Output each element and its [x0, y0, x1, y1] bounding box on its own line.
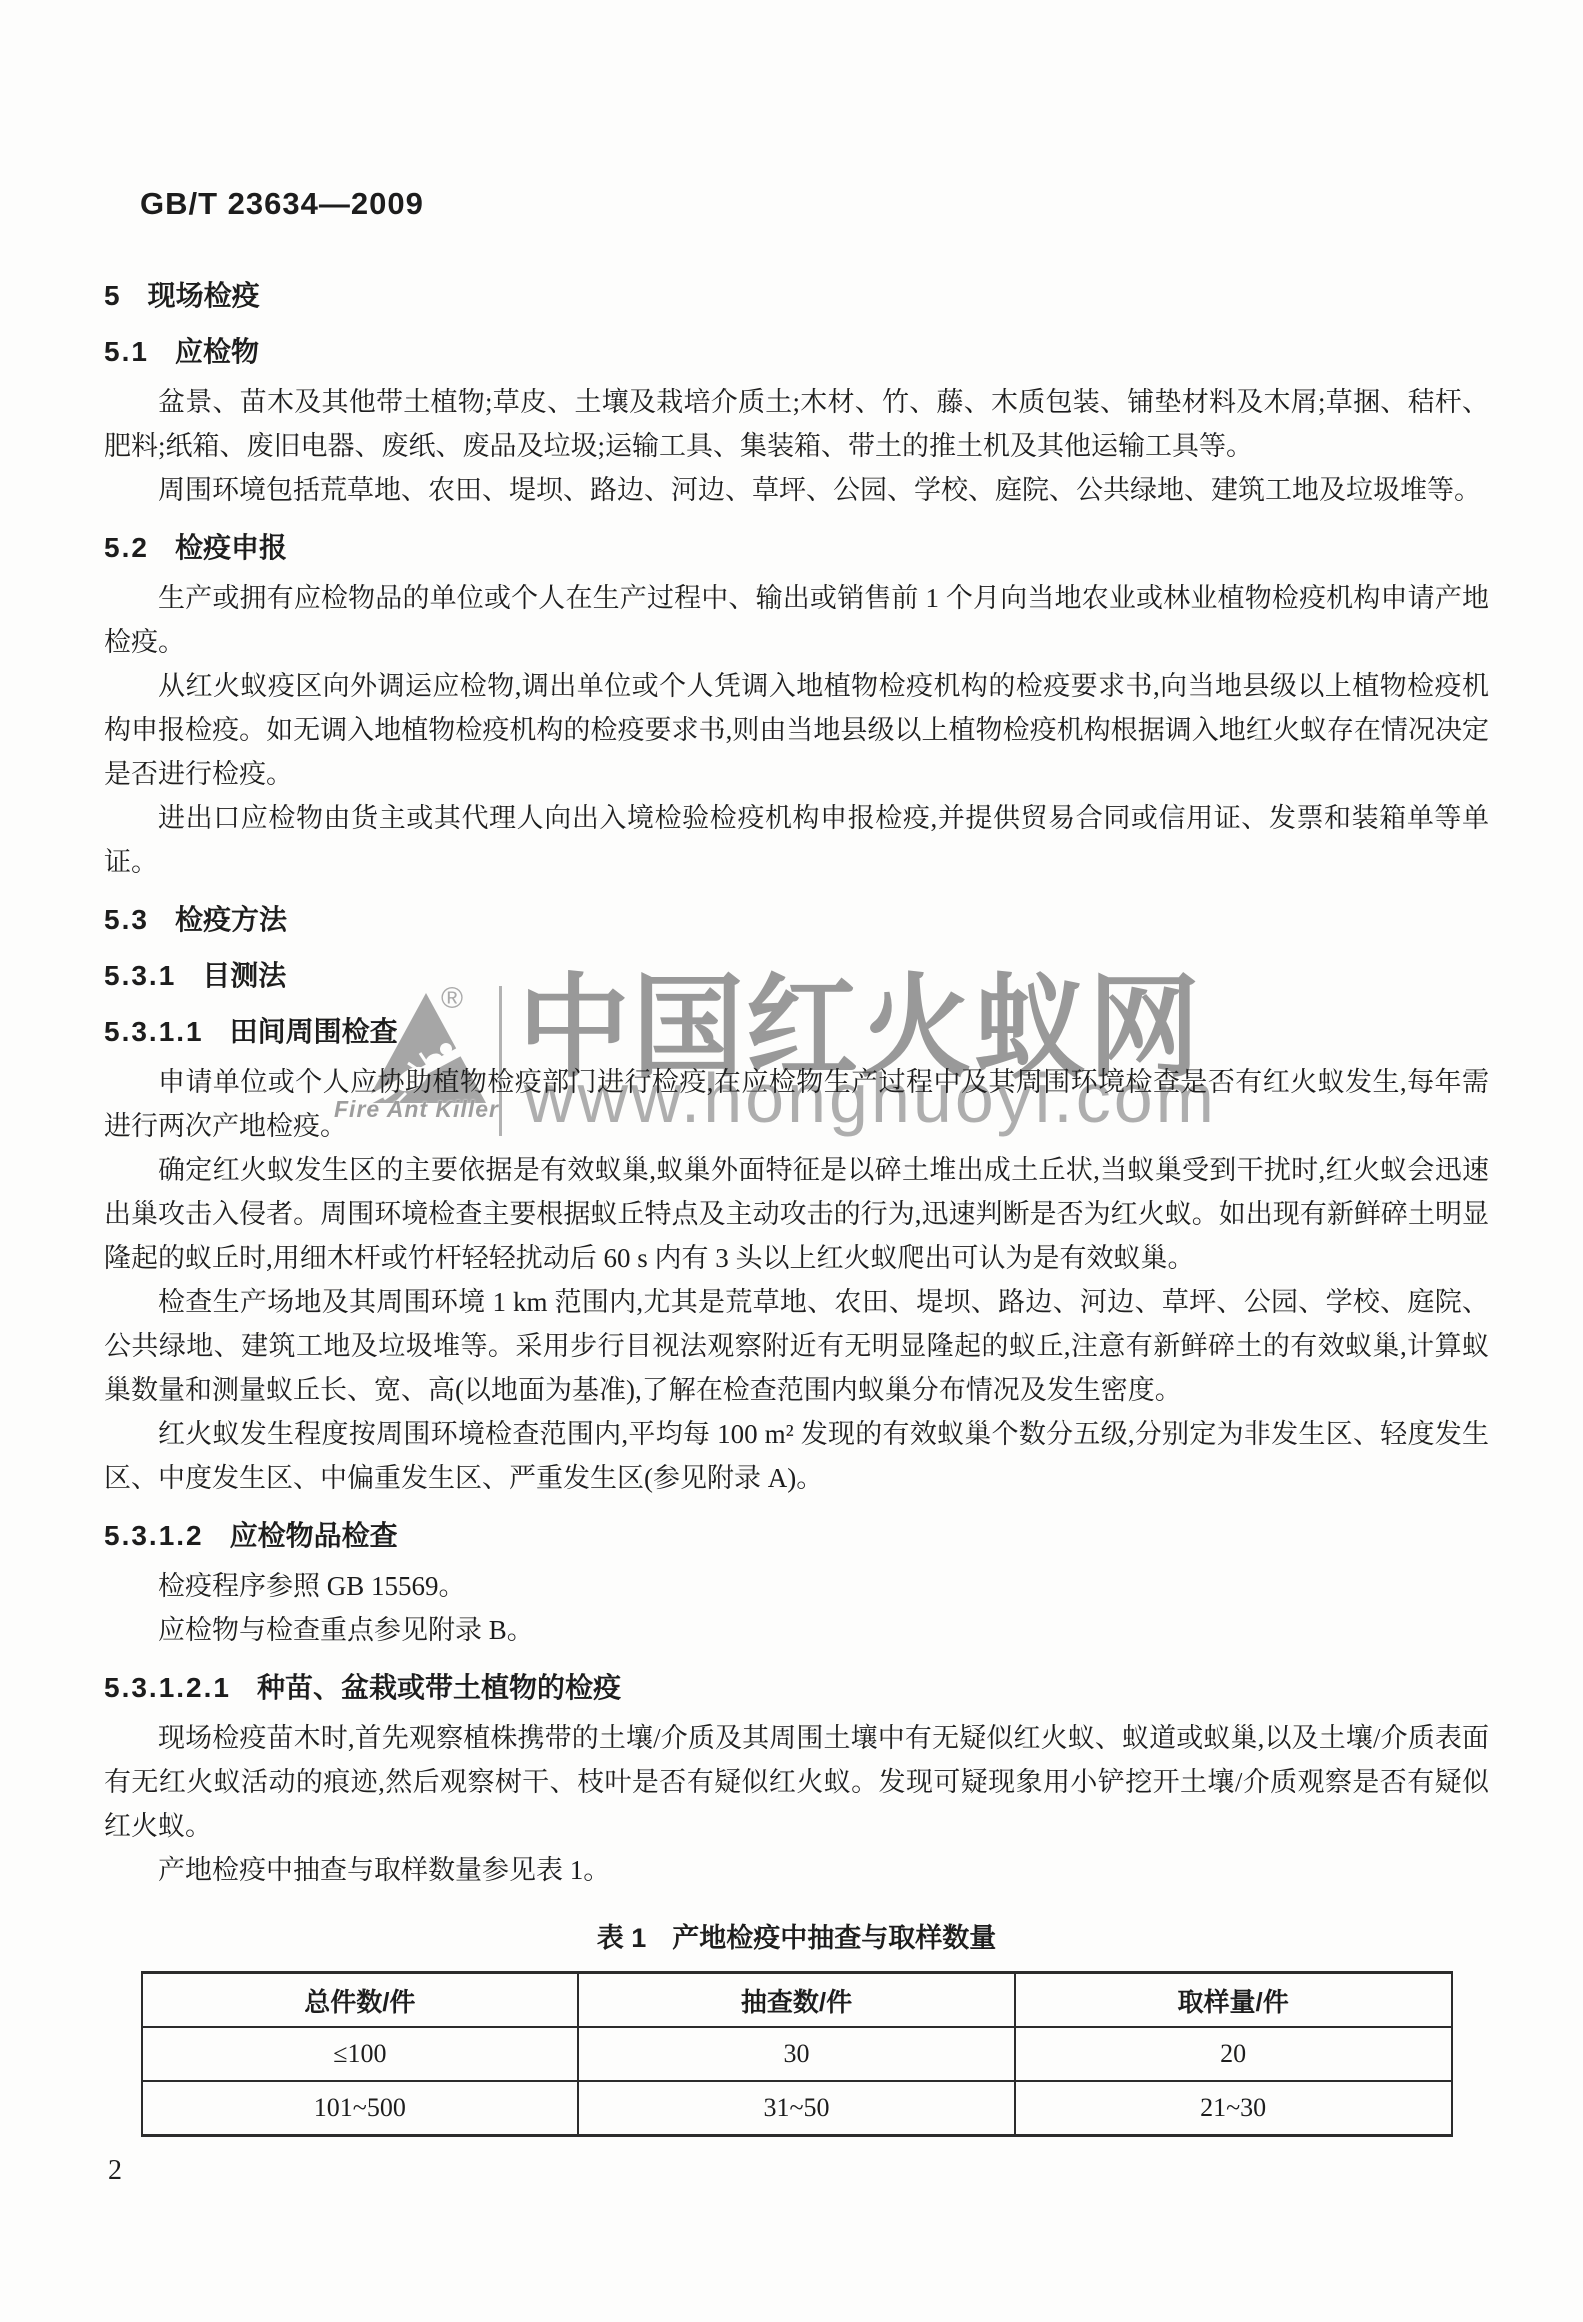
section-number: 5: [104, 280, 122, 311]
section-heading-5-1: 5.1应检物: [104, 332, 1489, 372]
paragraph-declaration-import-export: 进出口应检物由货主或其代理人向出入境检验检疫机构申报检疫,并提供贸易合同或信用证…: [104, 796, 1489, 884]
document-page: ® Fire Ant Killer 中国红火蚁网 www.honghuoyi.c…: [0, 0, 1583, 2322]
section-title: 现场检疫: [148, 280, 260, 311]
section-title: 田间周围检查: [230, 1016, 398, 1047]
table-cell: 20: [1015, 2027, 1452, 2081]
paragraph-inspection-items: 盆景、苗木及其他带土植物;草皮、土壤及栽培介质土;木材、竹、藤、木质包装、铺垫材…: [104, 380, 1489, 468]
paragraph-surrounding-environment: 周围环境包括荒草地、农田、堤坝、路边、河边、草坪、公园、学校、庭院、公共绿地、建…: [104, 468, 1489, 512]
section-number: 5.3.1.2: [104, 1520, 204, 1551]
table-title: 表 1产地检疫中抽查与取样数量: [104, 1916, 1489, 1955]
section-title: 检疫方法: [175, 904, 287, 935]
section-heading-5-3-1: 5.3.1目测法: [104, 956, 1489, 996]
paragraph-procedure-reference: 检疫程序参照 GB 15569。: [104, 1564, 1489, 1608]
section-title: 应检物: [175, 336, 259, 367]
standard-number: GB/T 23634—2009: [140, 186, 1489, 222]
paragraph-survey-range: 检查生产场地及其周围环境 1 km 范围内,尤其是荒草地、农田、堤坝、路边、河边…: [104, 1280, 1489, 1412]
section-title: 种苗、盆栽或带土植物的检疫: [257, 1672, 621, 1703]
section-number: 5.1: [104, 336, 149, 367]
column-header-total-pieces: 总件数/件: [142, 1973, 579, 2028]
section-heading-5-2: 5.2检疫申报: [104, 528, 1489, 568]
section-heading-5-3: 5.3检疫方法: [104, 900, 1489, 940]
table-cell: 101~500: [142, 2081, 579, 2136]
section-number: 5.3.1.1: [104, 1016, 204, 1047]
section-heading-5-3-1-2-1: 5.3.1.2.1种苗、盆栽或带土植物的检疫: [104, 1668, 1489, 1708]
paragraph-appendix-b-reference: 应检物与检查重点参见附录 B。: [104, 1608, 1489, 1652]
paragraph-declaration-producer: 生产或拥有应检物品的单位或个人在生产过程中、输出或销售前 1 个月向当地农业或林…: [104, 576, 1489, 664]
section-number: 5.3: [104, 904, 149, 935]
table-cell: 21~30: [1015, 2081, 1452, 2136]
table-cell: 31~50: [578, 2081, 1015, 2136]
table-row: 101~500 31~50 21~30: [142, 2081, 1452, 2136]
section-number: 5.2: [104, 532, 149, 563]
page-number: 2: [108, 2155, 1489, 2187]
table-header-row: 总件数/件 抽查数/件 取样量/件: [142, 1973, 1452, 2028]
section-title: 检疫申报: [175, 532, 287, 563]
section-heading-5: 5现场检疫: [104, 276, 1489, 316]
document-content: GB/T 23634—2009 5现场检疫 5.1应检物 盆景、苗木及其他带土植…: [0, 0, 1583, 2187]
sampling-quantity-table: 总件数/件 抽查数/件 取样量/件 ≤100 30 20 101~500 31~…: [141, 1971, 1453, 2137]
section-heading-5-3-1-1: 5.3.1.1田间周围检查: [104, 1012, 1489, 1052]
paragraph-active-nest-criteria: 确定红火蚁发生区的主要依据是有效蚁巢,蚁巢外面特征是以碎土堆出成土丘状,当蚁巢受…: [104, 1148, 1489, 1280]
table-caption: 产地检疫中抽查与取样数量: [672, 1923, 996, 1953]
section-number: 5.3.1: [104, 960, 176, 991]
column-header-sample-amount: 取样量/件: [1015, 1973, 1452, 2028]
paragraph-declaration-transport: 从红火蚁疫区向外调运应检物,调出单位或个人凭调入地植物检疫机构的检疫要求书,向当…: [104, 664, 1489, 796]
table-cell: ≤100: [142, 2027, 579, 2081]
section-title: 应检物品检查: [230, 1520, 398, 1551]
section-title: 目测法: [202, 960, 286, 991]
section-heading-5-3-1-2: 5.3.1.2应检物品检查: [104, 1516, 1489, 1556]
column-header-spot-checks: 抽查数/件: [578, 1973, 1015, 2028]
section-number: 5.3.1.2.1: [104, 1672, 231, 1703]
paragraph-seedling-inspection: 现场检疫苗木时,首先观察植株携带的土壤/介质及其周围土壤中有无疑似红火蚁、蚁道或…: [104, 1716, 1489, 1848]
table-label: 表 1: [597, 1923, 647, 1953]
paragraph-field-inspection-duty: 申请单位或个人应协助植物检疫部门进行检疫,在应检物生产过程中及其周围环境检查是否…: [104, 1060, 1489, 1148]
paragraph-occurrence-grading: 红火蚁发生程度按周围环境检查范围内,平均每 100 m² 发现的有效蚁巢个数分五…: [104, 1412, 1489, 1500]
table-cell: 30: [578, 2027, 1015, 2081]
paragraph-table-reference: 产地检疫中抽查与取样数量参见表 1。: [104, 1848, 1489, 1892]
table-row: ≤100 30 20: [142, 2027, 1452, 2081]
